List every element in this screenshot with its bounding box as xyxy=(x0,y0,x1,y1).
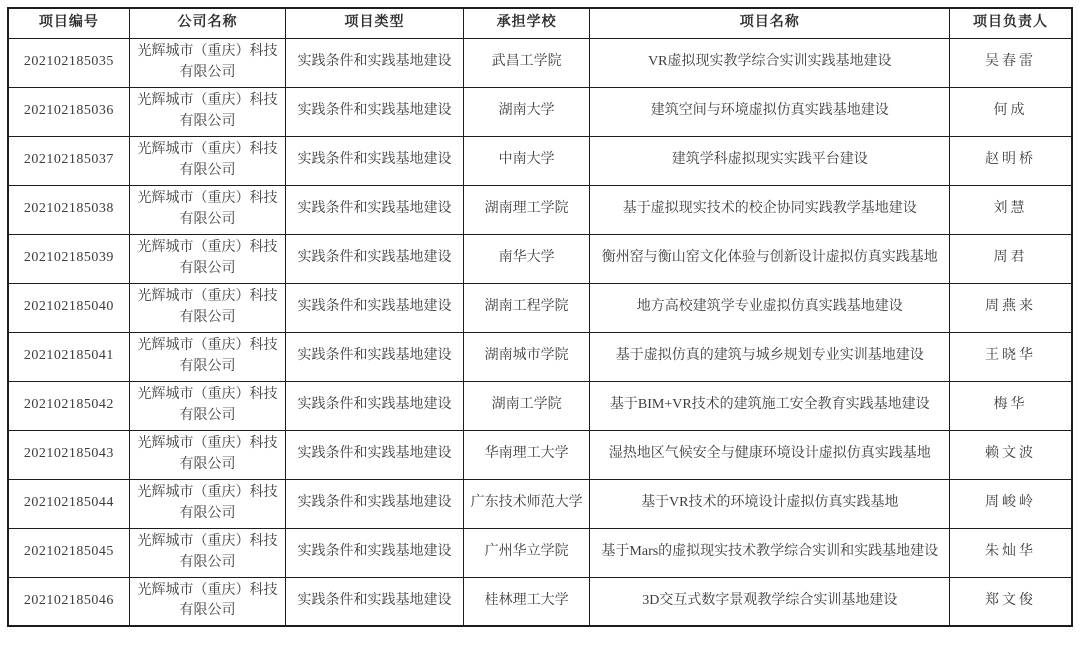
cell-project-id: 202102185045 xyxy=(8,528,129,577)
cell-project-name: 基于虚拟仿真的建筑与城乡规划专业实训基地建设 xyxy=(590,332,950,381)
cell-project-type: 实践条件和实践基地建设 xyxy=(286,185,464,234)
cell-project-type: 实践条件和实践基地建设 xyxy=(286,577,464,626)
cell-project-leader: 刘慧 xyxy=(950,185,1072,234)
cell-school: 桂林理工大学 xyxy=(463,577,590,626)
cell-company-name: 光辉城市（重庆）科技有限公司 xyxy=(129,283,285,332)
header-project-leader: 项目负责人 xyxy=(950,8,1072,38)
header-project-name: 项目名称 xyxy=(590,8,950,38)
cell-project-id: 202102185038 xyxy=(8,185,129,234)
header-company-name: 公司名称 xyxy=(129,8,285,38)
cell-project-id: 202102185040 xyxy=(8,283,129,332)
table-row: 202102185044 光辉城市（重庆）科技有限公司 实践条件和实践基地建设 … xyxy=(8,479,1072,528)
cell-project-type: 实践条件和实践基地建设 xyxy=(286,234,464,283)
cell-company-name: 光辉城市（重庆）科技有限公司 xyxy=(129,528,285,577)
table-row: 202102185043 光辉城市（重庆）科技有限公司 实践条件和实践基地建设 … xyxy=(8,430,1072,479)
cell-project-leader: 赵明桥 xyxy=(950,136,1072,185)
cell-project-type: 实践条件和实践基地建设 xyxy=(286,283,464,332)
cell-school: 湖南理工学院 xyxy=(463,185,590,234)
cell-company-name: 光辉城市（重庆）科技有限公司 xyxy=(129,38,285,87)
cell-project-leader: 周燕来 xyxy=(950,283,1072,332)
cell-project-name: 基于BIM+VR技术的建筑施工安全教育实践基地建设 xyxy=(590,381,950,430)
cell-company-name: 光辉城市（重庆）科技有限公司 xyxy=(129,577,285,626)
cell-company-name: 光辉城市（重庆）科技有限公司 xyxy=(129,234,285,283)
table-row: 202102185040 光辉城市（重庆）科技有限公司 实践条件和实践基地建设 … xyxy=(8,283,1072,332)
cell-project-leader: 何成 xyxy=(950,87,1072,136)
cell-company-name: 光辉城市（重庆）科技有限公司 xyxy=(129,332,285,381)
table-row: 202102185036 光辉城市（重庆）科技有限公司 实践条件和实践基地建设 … xyxy=(8,87,1072,136)
header-project-type: 项目类型 xyxy=(286,8,464,38)
cell-school: 湖南城市学院 xyxy=(463,332,590,381)
cell-company-name: 光辉城市（重庆）科技有限公司 xyxy=(129,87,285,136)
cell-project-id: 202102185037 xyxy=(8,136,129,185)
cell-project-id: 202102185046 xyxy=(8,577,129,626)
cell-project-id: 202102185041 xyxy=(8,332,129,381)
cell-project-id: 202102185036 xyxy=(8,87,129,136)
table-row: 202102185038 光辉城市（重庆）科技有限公司 实践条件和实践基地建设 … xyxy=(8,185,1072,234)
page: 项目编号 公司名称 项目类型 承担学校 项目名称 项目负责人 202102185… xyxy=(0,0,1080,630)
cell-project-leader: 赖文波 xyxy=(950,430,1072,479)
cell-project-name: 基于Mars的虚拟现实技术教学综合实训和实践基地建设 xyxy=(590,528,950,577)
table-row: 202102185042 光辉城市（重庆）科技有限公司 实践条件和实践基地建设 … xyxy=(8,381,1072,430)
cell-school: 湖南大学 xyxy=(463,87,590,136)
cell-school: 湖南工学院 xyxy=(463,381,590,430)
header-school: 承担学校 xyxy=(463,8,590,38)
header-row: 项目编号 公司名称 项目类型 承担学校 项目名称 项目负责人 xyxy=(8,8,1072,38)
cell-project-leader: 王晓华 xyxy=(950,332,1072,381)
cell-project-type: 实践条件和实践基地建设 xyxy=(286,332,464,381)
table-header: 项目编号 公司名称 项目类型 承担学校 项目名称 项目负责人 xyxy=(8,8,1072,38)
cell-company-name: 光辉城市（重庆）科技有限公司 xyxy=(129,479,285,528)
header-project-id: 项目编号 xyxy=(8,8,129,38)
table-row: 202102185041 光辉城市（重庆）科技有限公司 实践条件和实践基地建设 … xyxy=(8,332,1072,381)
cell-project-type: 实践条件和实践基地建设 xyxy=(286,38,464,87)
cell-project-name: 衡州窑与衡山窑文化体验与创新设计虚拟仿真实践基地 xyxy=(590,234,950,283)
table-row: 202102185046 光辉城市（重庆）科技有限公司 实践条件和实践基地建设 … xyxy=(8,577,1072,626)
table-row: 202102185039 光辉城市（重庆）科技有限公司 实践条件和实践基地建设 … xyxy=(8,234,1072,283)
table-row: 202102185045 光辉城市（重庆）科技有限公司 实践条件和实践基地建设 … xyxy=(8,528,1072,577)
cell-project-type: 实践条件和实践基地建设 xyxy=(286,381,464,430)
table-row: 202102185037 光辉城市（重庆）科技有限公司 实践条件和实践基地建设 … xyxy=(8,136,1072,185)
cell-project-type: 实践条件和实践基地建设 xyxy=(286,528,464,577)
cell-project-leader: 周峻岭 xyxy=(950,479,1072,528)
cell-school: 南华大学 xyxy=(463,234,590,283)
cell-project-leader: 朱灿华 xyxy=(950,528,1072,577)
cell-school: 广州华立学院 xyxy=(463,528,590,577)
projects-table: 项目编号 公司名称 项目类型 承担学校 项目名称 项目负责人 202102185… xyxy=(7,7,1073,627)
cell-project-name: 地方高校建筑学专业虚拟仿真实践基地建设 xyxy=(590,283,950,332)
cell-project-name: 基于VR技术的环境设计虚拟仿真实践基地 xyxy=(590,479,950,528)
cell-project-id: 202102185042 xyxy=(8,381,129,430)
table-row: 202102185035 光辉城市（重庆）科技有限公司 实践条件和实践基地建设 … xyxy=(8,38,1072,87)
cell-project-name: VR虚拟现实教学综合实训实践基地建设 xyxy=(590,38,950,87)
cell-project-name: 建筑学科虚拟现实实践平台建设 xyxy=(590,136,950,185)
cell-project-leader: 周君 xyxy=(950,234,1072,283)
cell-project-leader: 吴春雷 xyxy=(950,38,1072,87)
projects-table-body: 202102185035 光辉城市（重庆）科技有限公司 实践条件和实践基地建设 … xyxy=(8,38,1072,626)
cell-school: 湖南工程学院 xyxy=(463,283,590,332)
cell-project-id: 202102185044 xyxy=(8,479,129,528)
cell-project-type: 实践条件和实践基地建设 xyxy=(286,430,464,479)
cell-project-id: 202102185039 xyxy=(8,234,129,283)
cell-school: 中南大学 xyxy=(463,136,590,185)
cell-project-name: 建筑空间与环境虚拟仿真实践基地建设 xyxy=(590,87,950,136)
cell-school: 武昌工学院 xyxy=(463,38,590,87)
cell-project-id: 202102185035 xyxy=(8,38,129,87)
cell-company-name: 光辉城市（重庆）科技有限公司 xyxy=(129,430,285,479)
cell-project-name: 基于虚拟现实技术的校企协同实践教学基地建设 xyxy=(590,185,950,234)
cell-company-name: 光辉城市（重庆）科技有限公司 xyxy=(129,136,285,185)
cell-project-type: 实践条件和实践基地建设 xyxy=(286,479,464,528)
cell-project-name: 3D交互式数字景观教学综合实训基地建设 xyxy=(590,577,950,626)
cell-project-leader: 梅华 xyxy=(950,381,1072,430)
cell-project-leader: 郑文俊 xyxy=(950,577,1072,626)
cell-school: 华南理工大学 xyxy=(463,430,590,479)
cell-project-type: 实践条件和实践基地建设 xyxy=(286,136,464,185)
cell-company-name: 光辉城市（重庆）科技有限公司 xyxy=(129,185,285,234)
cell-project-id: 202102185043 xyxy=(8,430,129,479)
cell-school: 广东技术师范大学 xyxy=(463,479,590,528)
cell-project-type: 实践条件和实践基地建设 xyxy=(286,87,464,136)
cell-project-name: 湿热地区气候安全与健康环境设计虚拟仿真实践基地 xyxy=(590,430,950,479)
cell-company-name: 光辉城市（重庆）科技有限公司 xyxy=(129,381,285,430)
